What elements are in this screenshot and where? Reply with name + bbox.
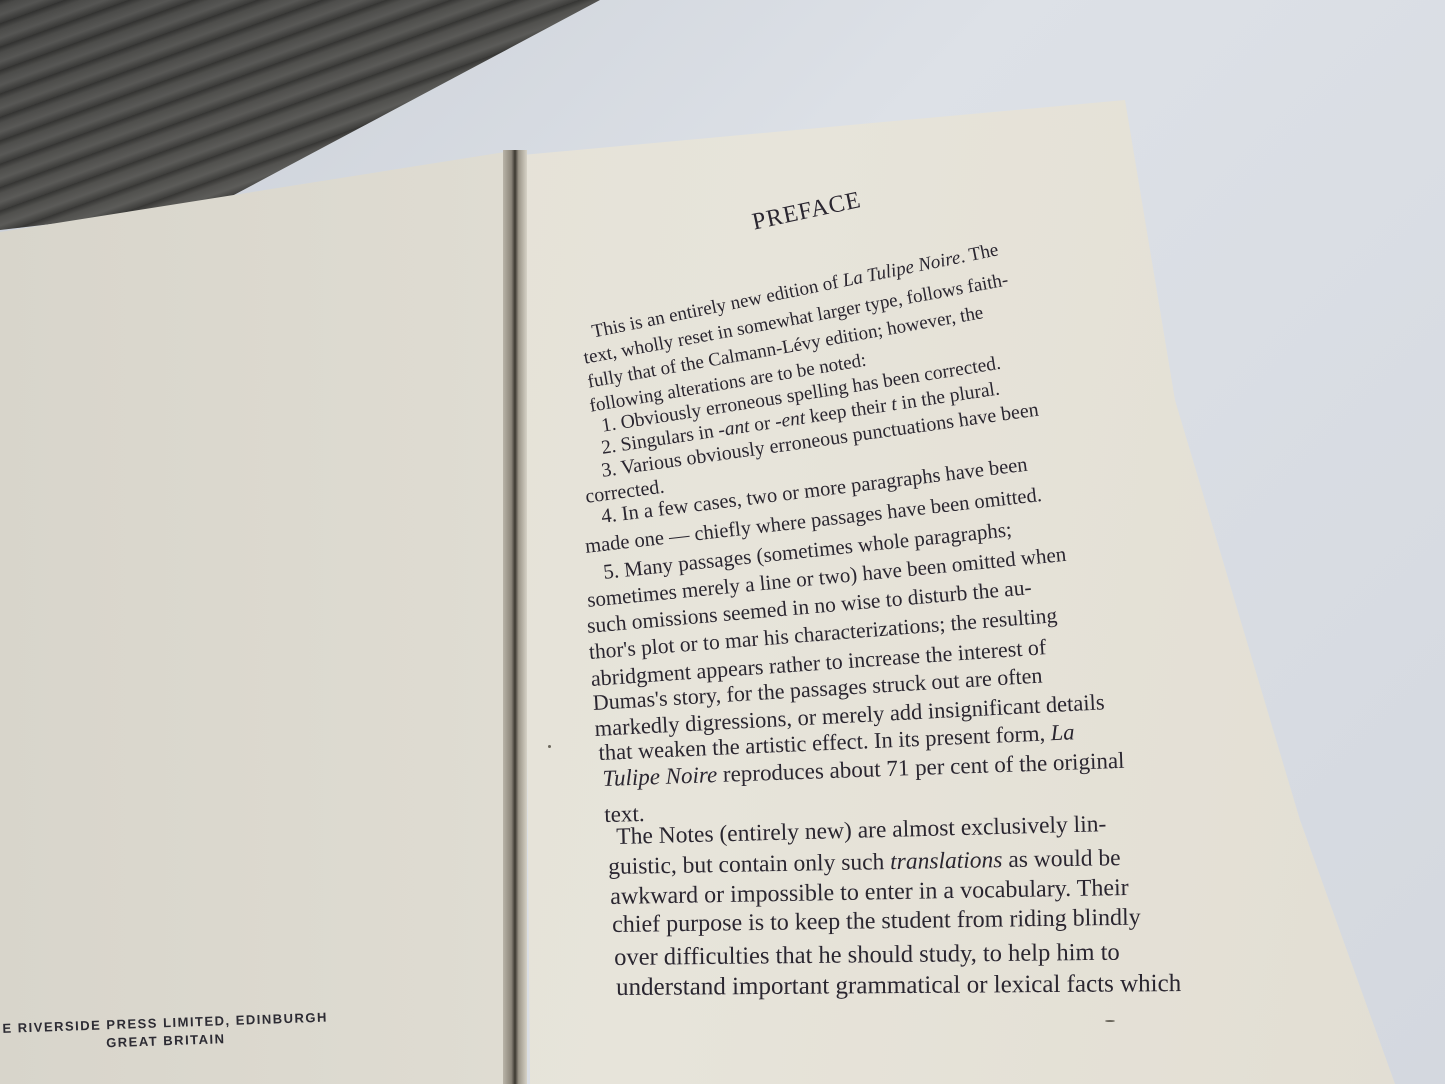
text-span: over difficulties that he should study, … [614, 939, 1120, 971]
italic-text: La [1050, 719, 1075, 745]
text-span: guistic, but contain only such [608, 849, 890, 880]
page-mark [1105, 1020, 1115, 1022]
italic-text: -ant [717, 416, 751, 441]
text-span: understand important grammatical or lexi… [616, 970, 1181, 1001]
text-line: understand important grammatical or lexi… [616, 970, 1181, 1002]
italic-text: translations [890, 847, 1003, 875]
italic-text: Tulipe Noire [602, 762, 718, 791]
text-line: over difficulties that he should study, … [614, 939, 1120, 972]
page-speck [548, 745, 551, 748]
photo-scene: PREFACE This is an entirely new edition … [0, 0, 1445, 1084]
text-span: as would be [1002, 845, 1121, 873]
italic-text: -ent [774, 408, 807, 433]
book-spine-gutter [503, 150, 527, 1084]
text-span: or [748, 412, 777, 437]
